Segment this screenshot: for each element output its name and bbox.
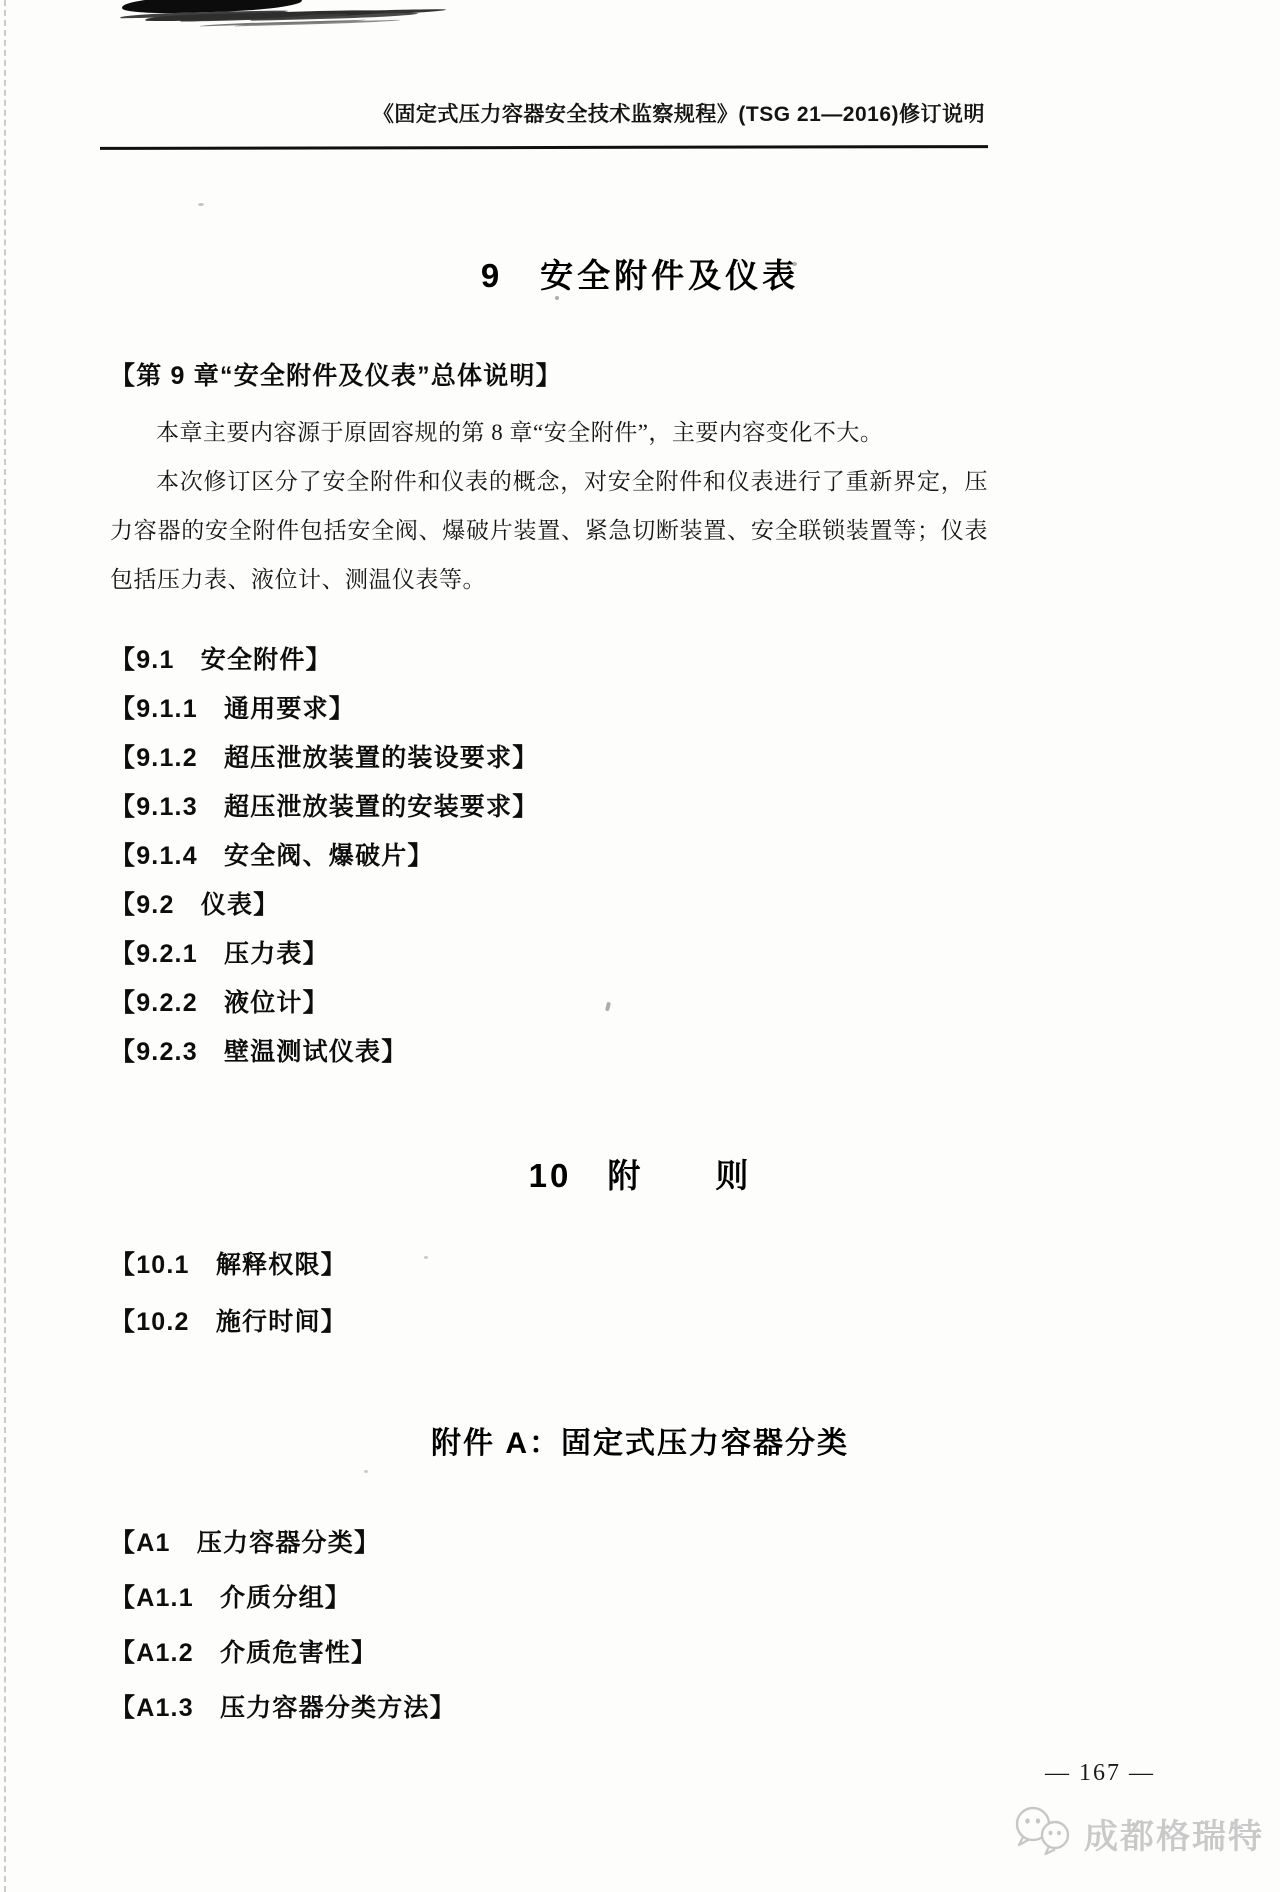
section-heading-9-1-2: 【9.1.2 超压泄放装置的装设要求】 [110, 741, 538, 775]
section-heading-9-2-2: 【9.2.2 液位计】 [110, 986, 538, 1020]
section-heading-10-2: 【10.2 施行时间】 [110, 1305, 347, 1339]
scan-speck [605, 1002, 611, 1012]
section-heading-a1-1: 【A1.1 介质分组】 [110, 1581, 456, 1615]
section-heading-9-2-3: 【9.2.3 壁温测试仪表】 [110, 1035, 538, 1069]
watermark-text: 成都格瑞特 [1084, 1809, 1264, 1858]
section-heading-9-2-1: 【9.2.1 压力表】 [110, 937, 538, 971]
wechat-icon [1012, 1804, 1076, 1863]
section-heading-9-1-4: 【9.1.4 安全阀、爆破片】 [110, 839, 538, 873]
paragraph: 本次修订区分了安全附件和仪表的概念，对安全附件和仪表进行了重新界定，压力容器的安… [110, 457, 988, 604]
section-heading-10-1: 【10.1 解释权限】 [110, 1248, 347, 1282]
paragraph: 本章主要内容源于原固容规的第 8 章“安全附件”，主要内容变化不大。 [110, 408, 988, 457]
section-heading-9-1-3: 【9.1.3 超压泄放装置的安装要求】 [110, 790, 538, 824]
chapter9-title: 9 安全附件及仪表 [0, 250, 1280, 297]
scan-speck [198, 203, 204, 206]
scan-ink-smudge [122, 0, 302, 15]
page-number: — 167 — [1045, 1760, 1155, 1787]
chapter9-section-list: 【9.1 安全附件】 【9.1.1 通用要求】 【9.1.2 超压泄放装置的装设… [110, 643, 538, 1084]
appendix-a-section-list: 【A1 压力容器分类】 【A1.1 介质分组】 【A1.2 介质危害性】 【A1… [110, 1526, 456, 1746]
chapter9-overview-heading: 【第 9 章“安全附件及仪表”总体说明】 [110, 356, 562, 392]
section-heading-9-1-1: 【9.1.1 通用要求】 [110, 692, 538, 726]
section-heading-9-2: 【9.2 仪表】 [110, 888, 538, 922]
header-rule [100, 145, 988, 150]
watermark: 成都格瑞特 [1012, 1804, 1264, 1863]
scan-speck [424, 1256, 428, 1259]
chapter10-title: 10 附 则 [0, 1150, 1280, 1197]
chapter10-section-list: 【10.1 解释权限】 【10.2 施行时间】 [110, 1248, 347, 1362]
chapter9-body: 本章主要内容源于原固容规的第 8 章“安全附件”，主要内容变化不大。 本次修订区… [110, 408, 988, 604]
section-heading-a1-2: 【A1.2 介质危害性】 [110, 1636, 456, 1670]
section-heading-9-1: 【9.1 安全附件】 [110, 643, 538, 677]
running-header-title: 《固定式压力容器安全技术监察规程》(TSG 21—2016)修订说明 [373, 98, 985, 128]
section-heading-a1-3: 【A1.3 压力容器分类方法】 [110, 1691, 456, 1725]
section-heading-a1: 【A1 压力容器分类】 [110, 1526, 456, 1560]
document-page: 《固定式压力容器安全技术监察规程》(TSG 21—2016)修订说明 9 安全附… [0, 0, 1280, 1892]
appendix-a-title: 附件 A：固定式压力容器分类 [0, 1418, 1280, 1462]
scan-speck [364, 1470, 368, 1473]
